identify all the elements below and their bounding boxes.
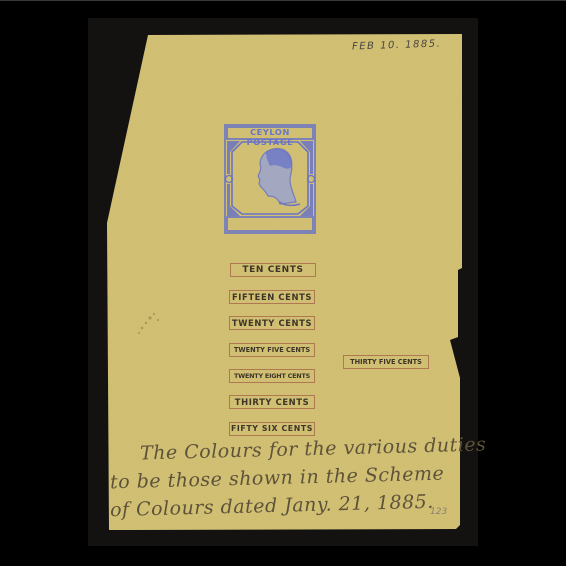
value-tablet-thirty-cents: THIRTY CENTS — [229, 395, 315, 409]
stamp-title: CEYLON POSTAGE — [228, 127, 312, 147]
pencil-annotation: 123 — [430, 507, 447, 517]
value-tablet-twenty-five-cents: TWENTY FIVE CENTS — [229, 343, 315, 357]
value-tablet-twenty-eight-cents: TWENTY EIGHT CENTS — [229, 369, 315, 383]
value-tablet-fifteen-cents: FIFTEEN CENTS — [229, 290, 315, 304]
value-tablet-twenty-cents: TWENTY CENTS — [229, 316, 315, 330]
value-tablet-ten-cents: TEN CENTS — [230, 263, 316, 277]
value-tablet-fifty-six-cents: FIFTY SIX CENTS — [229, 422, 315, 436]
value-tablet-thirty-five-cents: THIRTY FIVE CENTS — [343, 355, 429, 369]
